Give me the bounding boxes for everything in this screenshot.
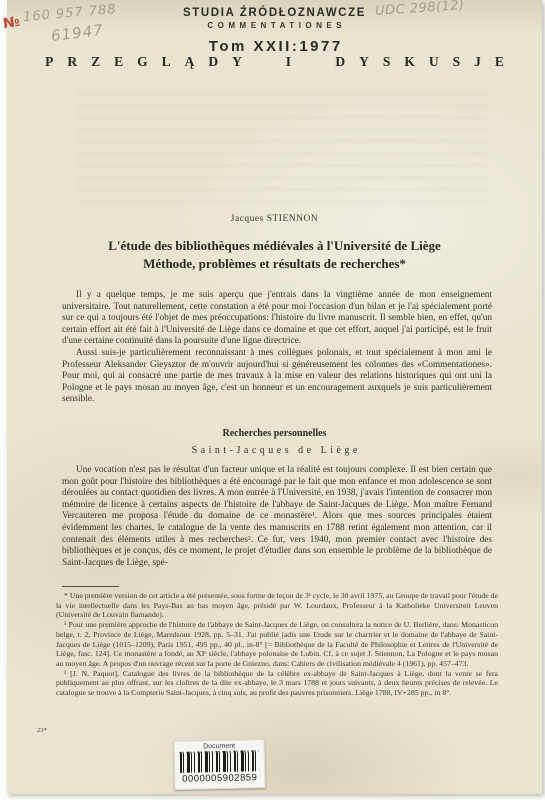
article-author: Jacques STIENNON <box>7 214 542 224</box>
footnote-1: ¹ Pour une première approche de l'histoi… <box>56 620 498 669</box>
barcode-stripes <box>180 750 259 773</box>
footnote-asterisk: * Une première version de cet article a … <box>56 591 498 620</box>
footnote-separator-rule <box>62 586 119 587</box>
footnotes-block: * Une première version de cet article a … <box>56 591 498 698</box>
scanned-page: STUDIA ŹRÓDŁOZNAWCZE COMMENTATIONES Tom … <box>7 0 542 794</box>
article-body-section: Une vocation n'est pas le résultat d'un … <box>62 465 492 569</box>
show-through-texture <box>77 92 487 202</box>
paragraph: Aussi suis-je particulièrement reconnais… <box>62 348 492 406</box>
signature-mark: 23* <box>37 727 47 734</box>
article-title-line2: Méthode, problèmes et résultats de reche… <box>7 256 542 272</box>
section-heading: Recherches personnelles <box>7 428 542 439</box>
article-title-line1: L'étude des bibliothèques médiévales à l… <box>7 238 542 254</box>
paragraph: Il y a quelque temps, je me suis aperçu … <box>62 290 492 348</box>
footnote-2: ² [J. N. Paquot], Catalogue des livres d… <box>56 669 498 698</box>
barcode-number: 0000005902859 <box>175 772 264 785</box>
article-body-intro: Il y a quelque temps, je me suis aperçu … <box>62 290 492 406</box>
barcode-sticker: Document 0000005902859 <box>173 739 265 790</box>
red-ink-mark: № <box>2 14 21 33</box>
subsection-heading: Saint-Jacques de Liège <box>7 445 542 456</box>
paragraph: Une vocation n'est pas le résultat d'un … <box>62 465 492 569</box>
journal-section-heading: PRZEGLĄDY I DYSKUSJE <box>7 54 542 70</box>
